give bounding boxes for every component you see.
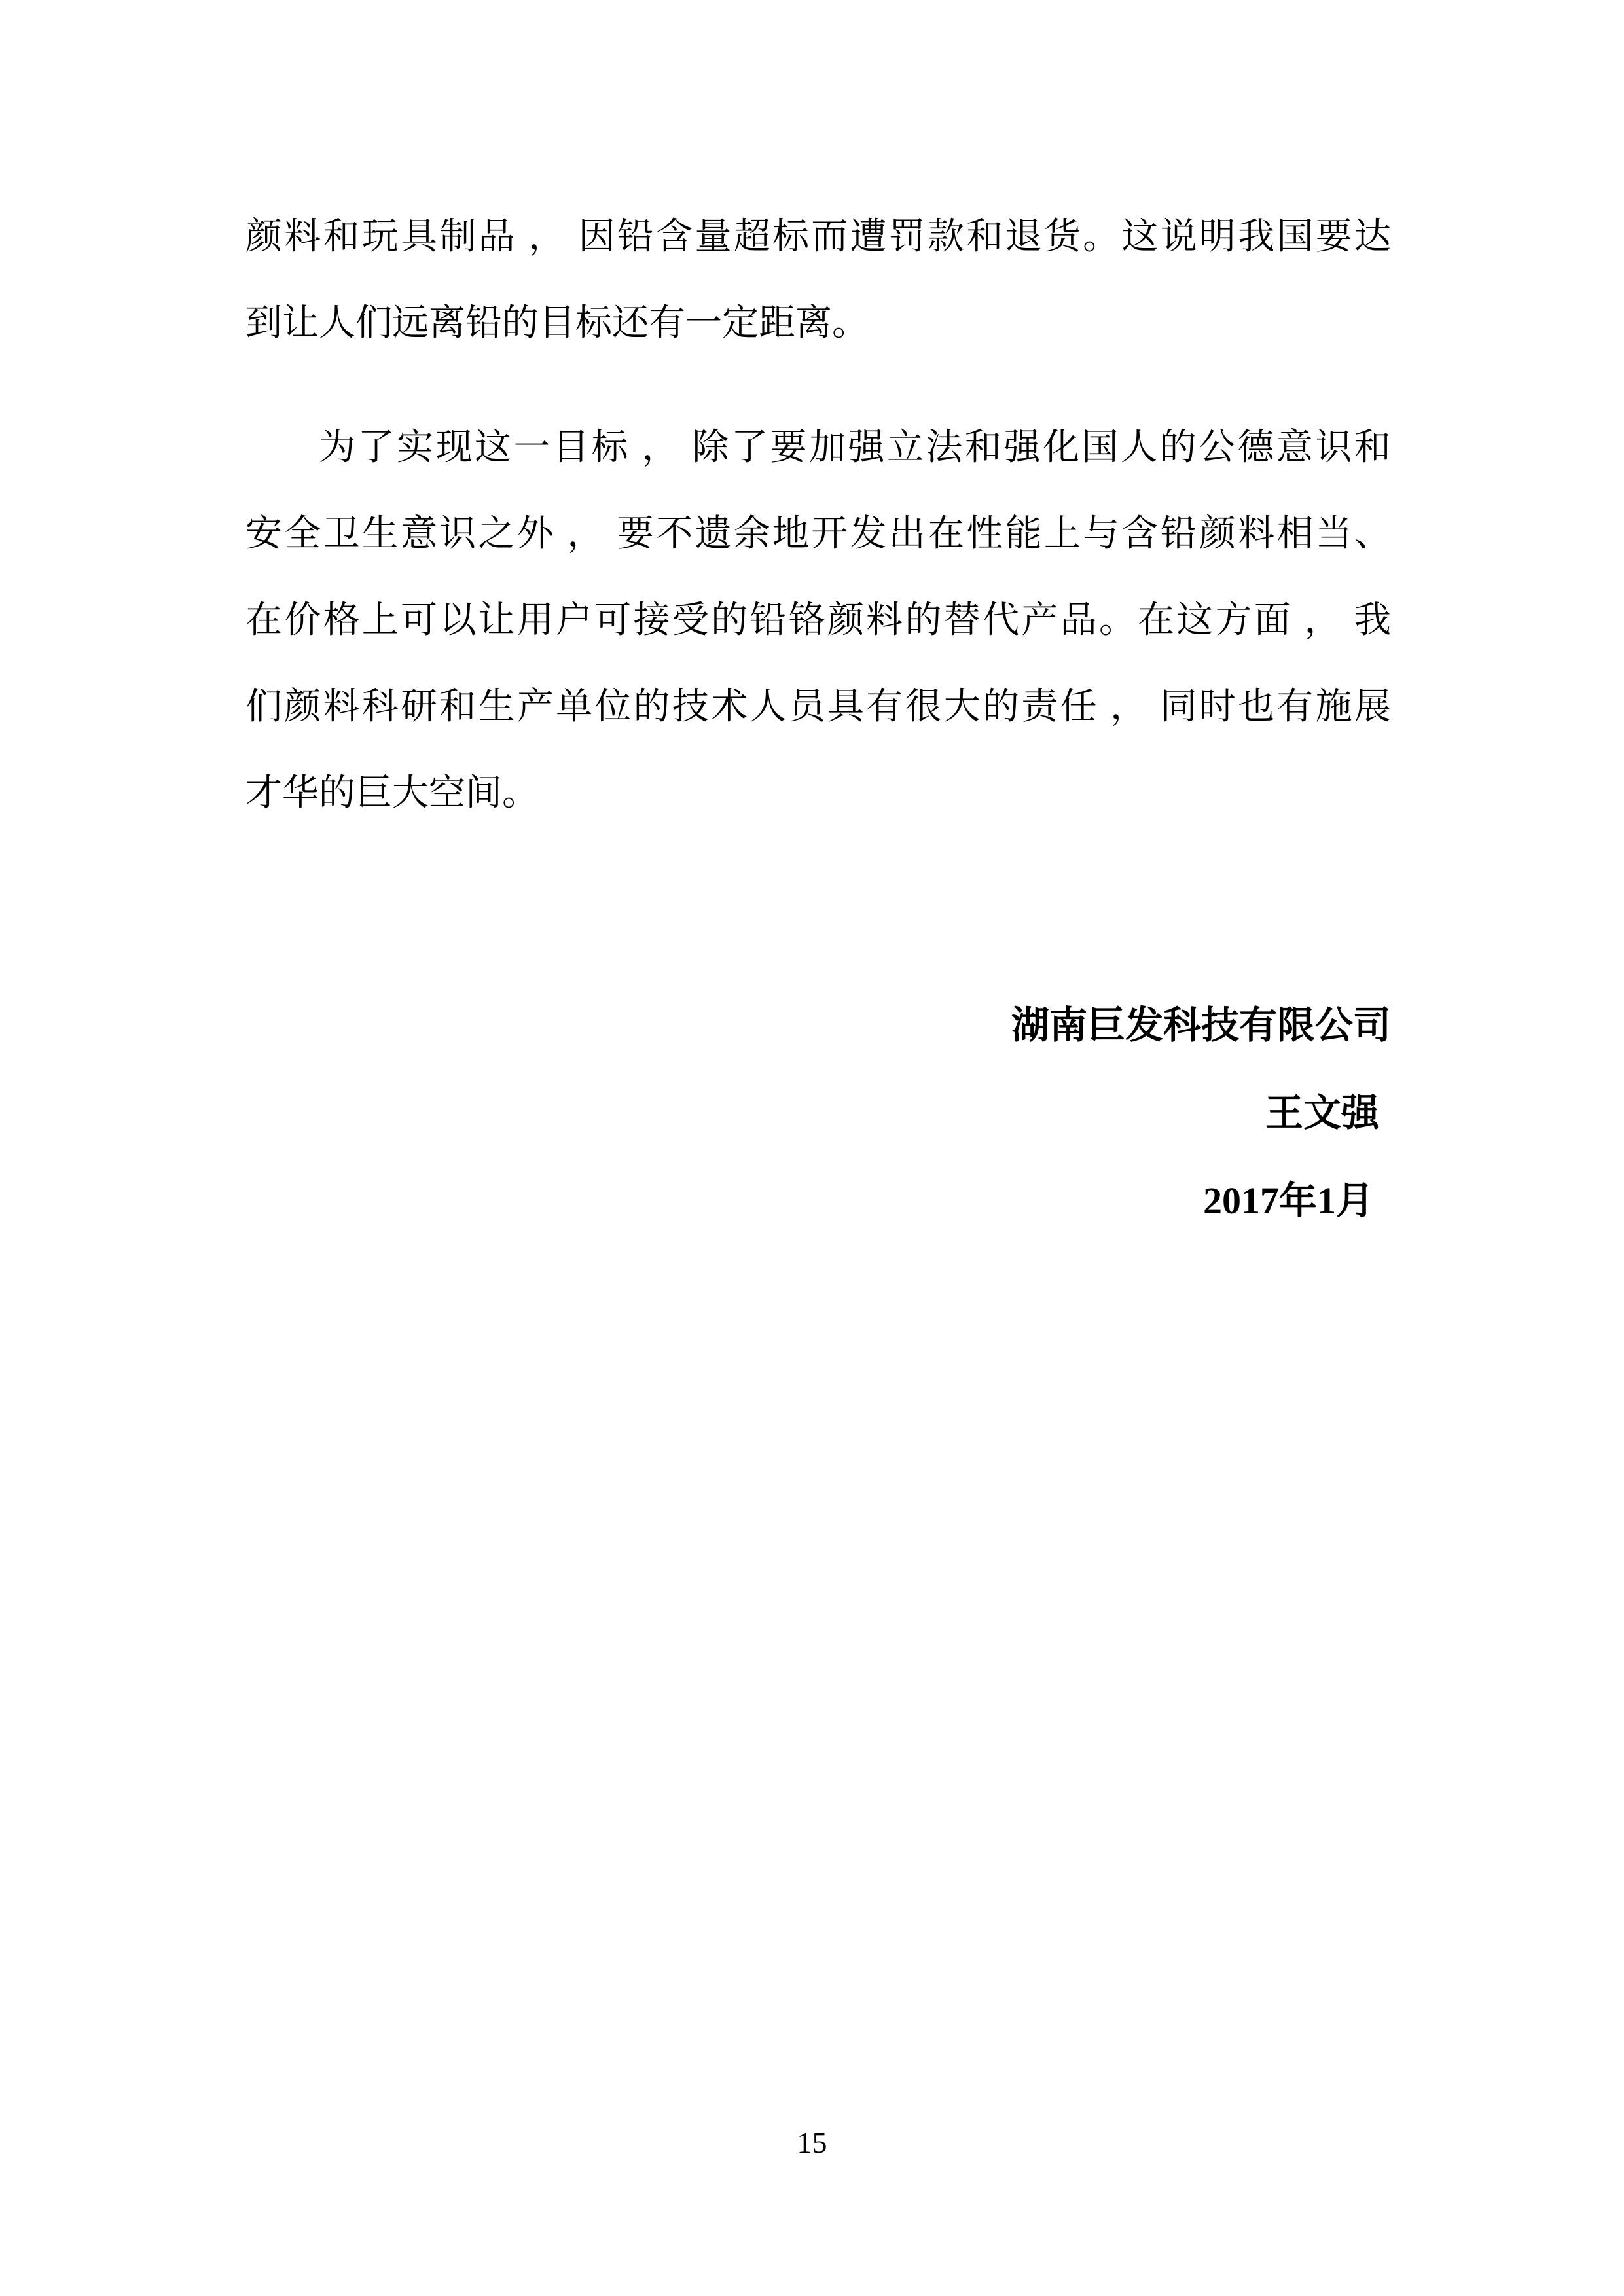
body-line: 才华的巨大空间。 — [245, 750, 1391, 836]
body-line: 安全卫生意识之外 ， 要不遗余地开发出在性能上与含铅颜料相当、 — [245, 491, 1391, 577]
signature-date: 2017年1月 — [1011, 1157, 1374, 1245]
signature-company: 湖南巨发科技有限公司 — [1011, 982, 1391, 1069]
body-text: 颜料和玩具制品 ， 因铅含量超标而遭罚款和退货。这说明我国要达 到让人们远离铅的… — [245, 194, 1391, 836]
body-line: 到让人们远离铅的目标还有一定距离。 — [245, 280, 1391, 367]
body-line: 们颜料科研和生产单位的技术人员具有很大的责任 ， 同时也有施展 — [245, 664, 1391, 750]
body-line: 为了实现这一目标 ， 除了要加强立法和强化国人的公德意识和 — [245, 404, 1391, 491]
paragraph: 颜料和玩具制品 ， 因铅含量超标而遭罚款和退货。这说明我国要达 到让人们远离铅的… — [245, 194, 1391, 367]
signature-name: 王文强 — [1011, 1069, 1379, 1157]
body-line: 颜料和玩具制品 ， 因铅含量超标而遭罚款和退货。这说明我国要达 — [245, 194, 1391, 280]
signature-block: 湖南巨发科技有限公司 王文强 2017年1月 — [1011, 982, 1391, 1245]
paragraph: 为了实现这一目标 ， 除了要加强立法和强化国人的公德意识和 安全卫生意识之外 ，… — [245, 404, 1391, 836]
body-line: 在价格上可以让用户可接受的铅铬颜料的替代产品。在这方面 ， 我 — [245, 577, 1391, 664]
page-number: 15 — [0, 2126, 1624, 2160]
document-page: 颜料和玩具制品 ， 因铅含量超标而遭罚款和退货。这说明我国要达 到让人们远离铅的… — [0, 0, 1624, 2296]
